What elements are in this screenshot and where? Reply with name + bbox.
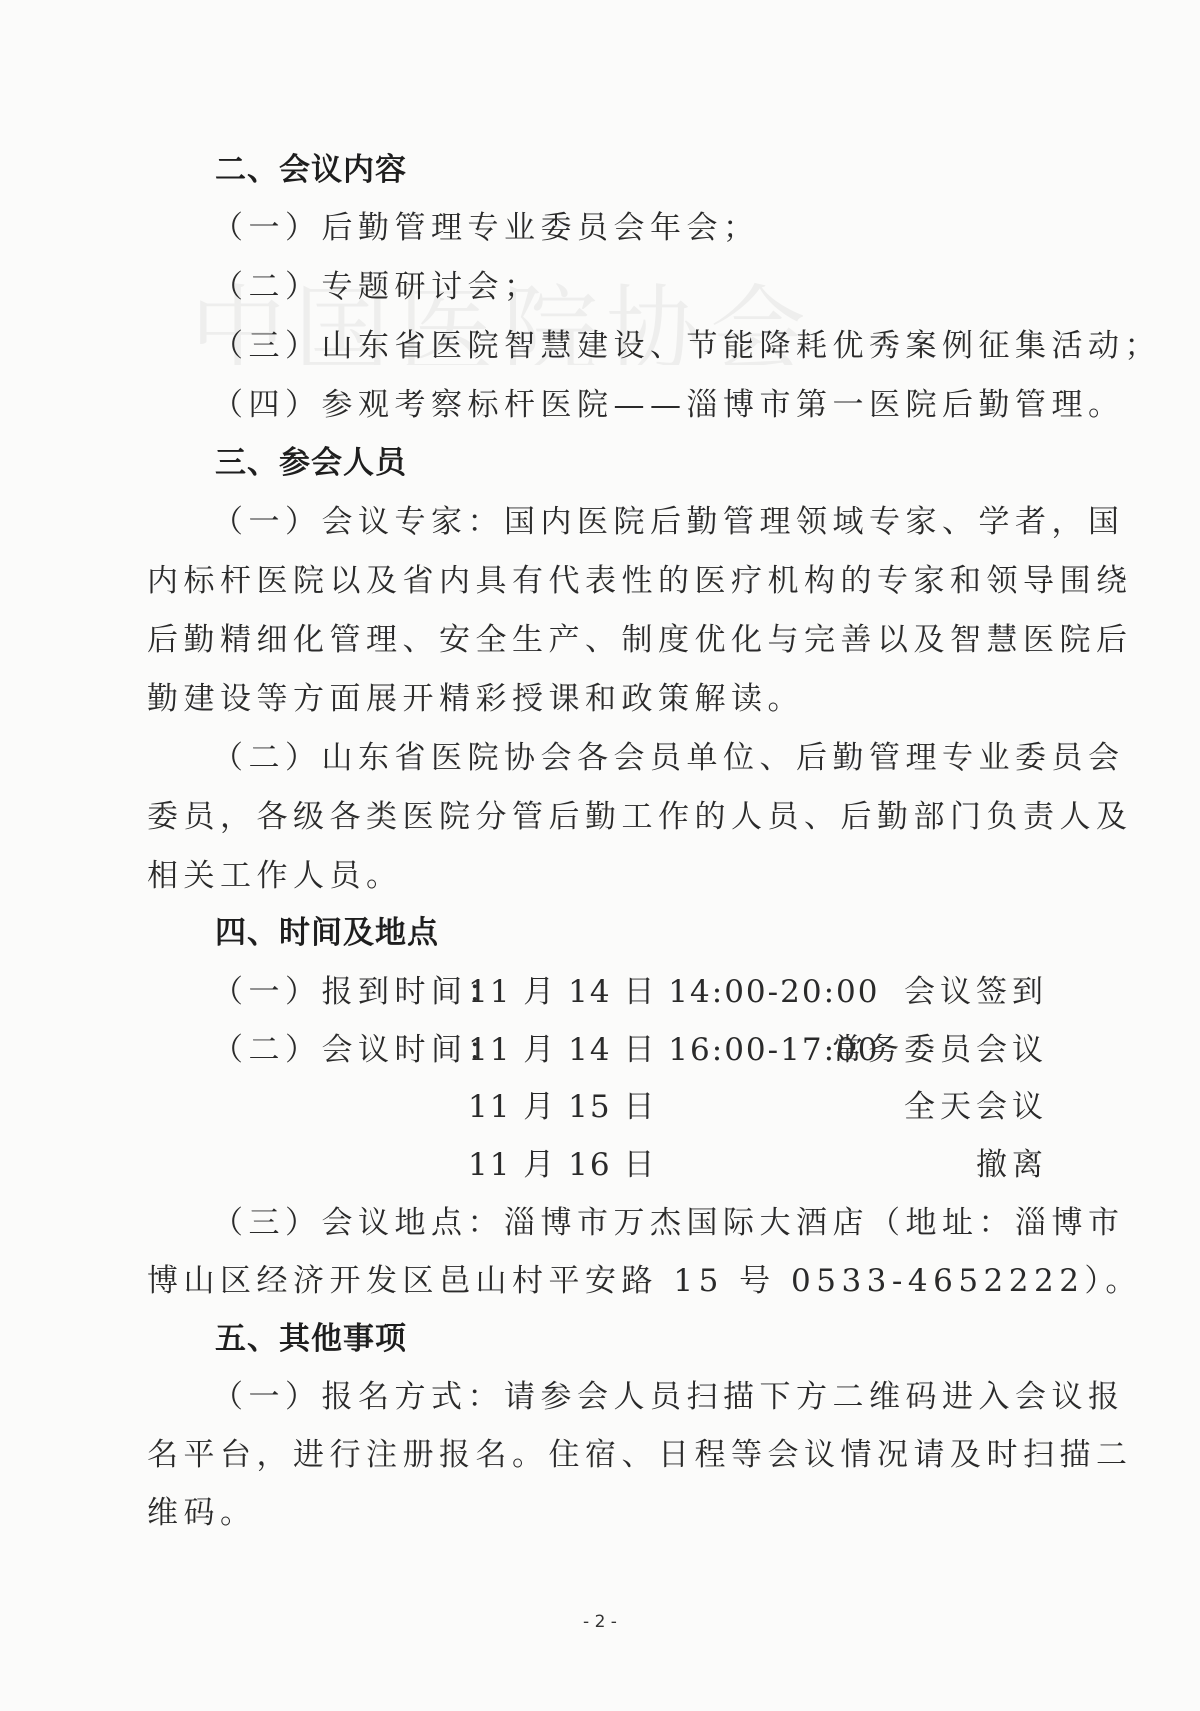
content-item-4: （四）参观考察标杆医院——淄博市第一医院后勤管理。 xyxy=(212,390,1125,421)
venue-line2: 博山区经济开发区邑山村平安路 15 号 0533-4652222）。 xyxy=(147,1266,1142,1297)
content-item-3: （三）山东省医院智慧建设、节能降耗优秀案例征集活动； xyxy=(212,331,1161,362)
attendees-para1-line3: 后勤精细化管理、安全生产、制度优化与完善以及智慧医院后 xyxy=(147,625,1133,656)
schedule-event-fullday: 全天会议 xyxy=(904,1092,1048,1123)
section-heading-content: 二、会议内容 xyxy=(215,155,407,186)
page-number: - 2 - xyxy=(0,1612,1200,1632)
schedule-time-checkin: 11 月 14 日 14:00-20:00 xyxy=(468,977,879,1008)
section-heading-other: 五、其他事项 xyxy=(215,1324,407,1355)
schedule-time-fullday: 11 月 15 日 xyxy=(468,1092,656,1123)
attendees-para2-line2: 委员，各级各类医院分管后勤工作的人员、后勤部门负责人及 xyxy=(147,802,1133,833)
schedule-label-checkin: （一）报到时间： xyxy=(212,977,504,1008)
attendees-para1-line1: （一）会议专家：国内医院后勤管理领域专家、学者，国 xyxy=(212,507,1125,538)
attendees-para1-line2: 内标杆医院以及省内具有代表性的医疗机构的专家和领导围绕 xyxy=(147,566,1133,597)
schedule-event-departure: 撤离 xyxy=(976,1150,1048,1181)
schedule-time-departure: 11 月 16 日 xyxy=(468,1150,656,1181)
section-heading-time-place: 四、时间及地点 xyxy=(215,918,439,949)
registration-line1: （一）报名方式：请参会人员扫描下方二维码进入会议报 xyxy=(212,1382,1125,1413)
schedule-time-standing-committee: 11 月 14 日 16:00-17:00 xyxy=(468,1035,879,1066)
registration-line2: 名平台，进行注册报名。住宿、日程等会议情况请及时扫描二 xyxy=(147,1440,1133,1471)
content-item-2: （二）专题研讨会； xyxy=(212,272,541,303)
attendees-para2-line1: （二）山东省医院协会各会员单位、后勤管理专业委员会 xyxy=(212,743,1125,774)
section-heading-attendees: 三、参会人员 xyxy=(215,448,407,479)
document-page: 中国医院协会 二、会议内容 （一）后勤管理专业委员会年会； （二）专题研讨会； … xyxy=(0,0,1200,1711)
schedule-event-checkin: 会议签到 xyxy=(904,977,1048,1008)
registration-line3: 维码。 xyxy=(147,1498,257,1529)
content-item-1: （一）后勤管理专业委员会年会； xyxy=(212,213,760,244)
schedule-event-standing-committee: 常务委员会议 xyxy=(832,1035,1048,1066)
venue-line1: （三）会议地点：淄博市万杰国际大酒店（地址：淄博市 xyxy=(212,1208,1125,1239)
schedule-label-meeting: （二）会议时间： xyxy=(212,1035,504,1066)
attendees-para1-line4: 勤建设等方面展开精彩授课和政策解读。 xyxy=(147,684,804,715)
attendees-para2-line3: 相关工作人员。 xyxy=(147,861,403,892)
